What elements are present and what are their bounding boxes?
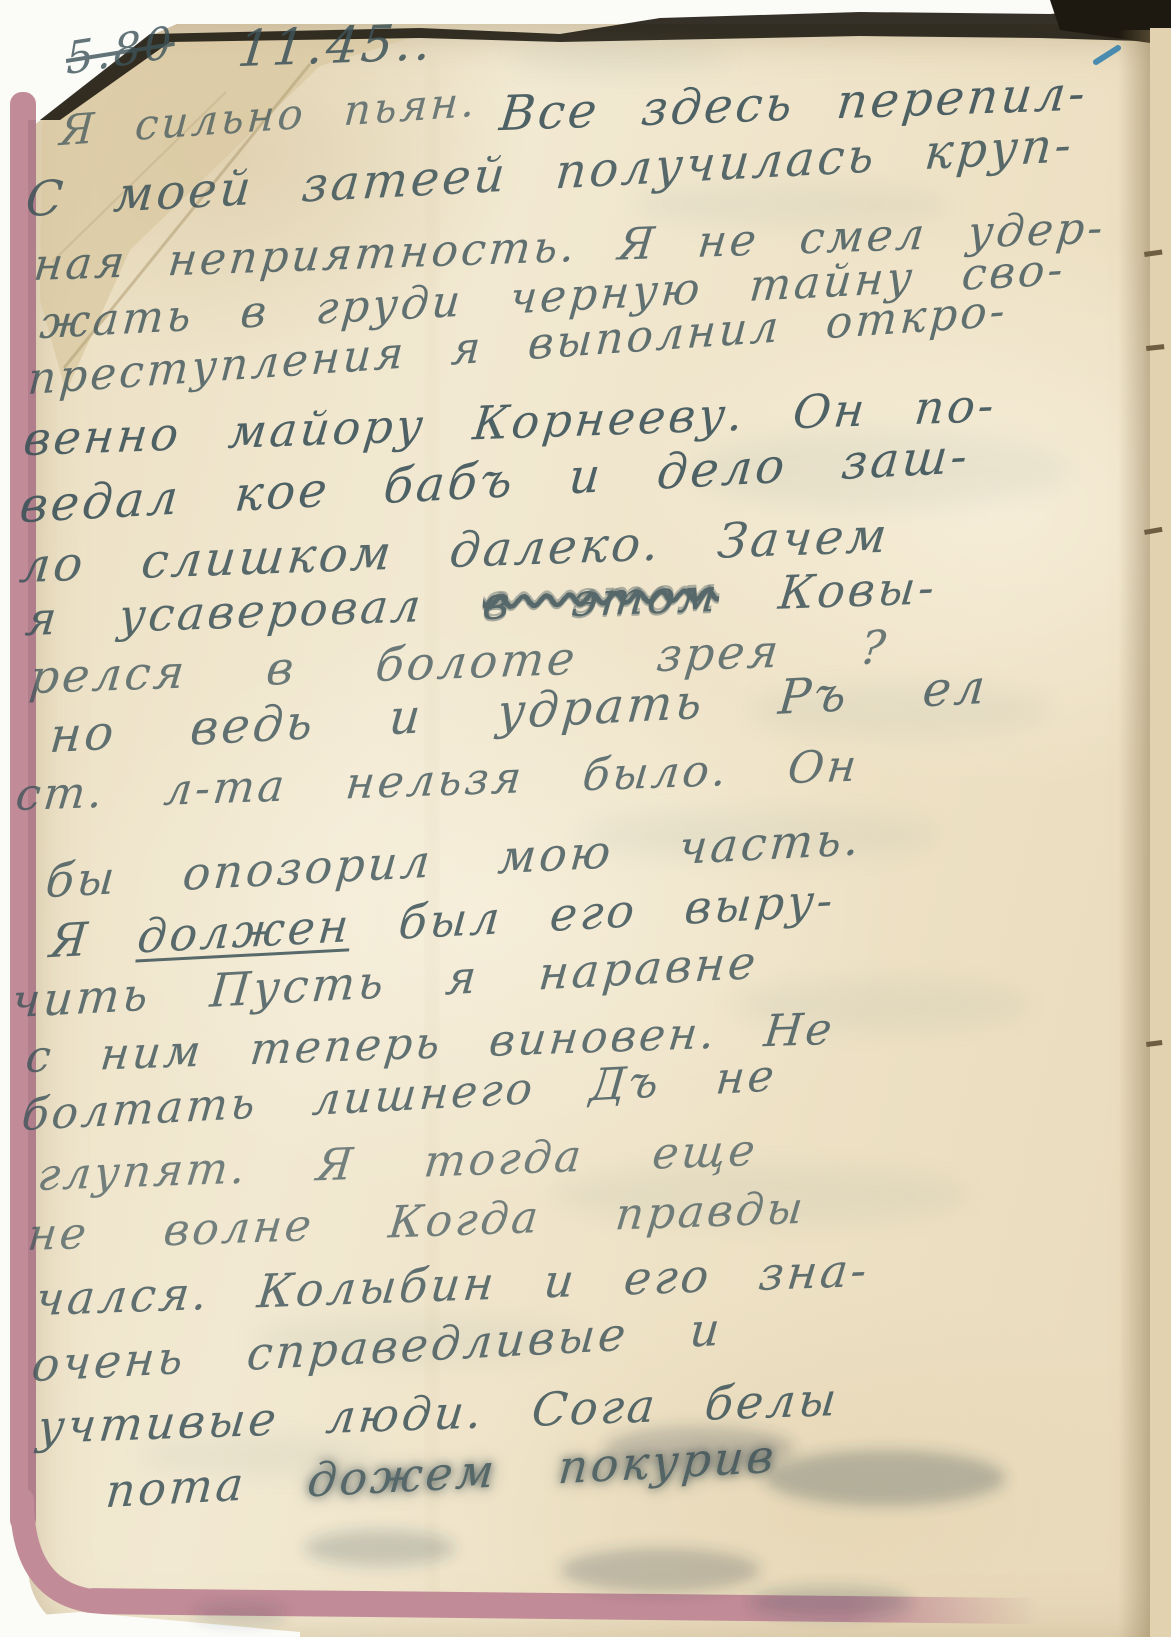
notebook-page-paper — [28, 24, 1171, 1637]
scanned-page: 5.8011.45..Я сильно пьян.Все здесь переп… — [0, 0, 1171, 1637]
